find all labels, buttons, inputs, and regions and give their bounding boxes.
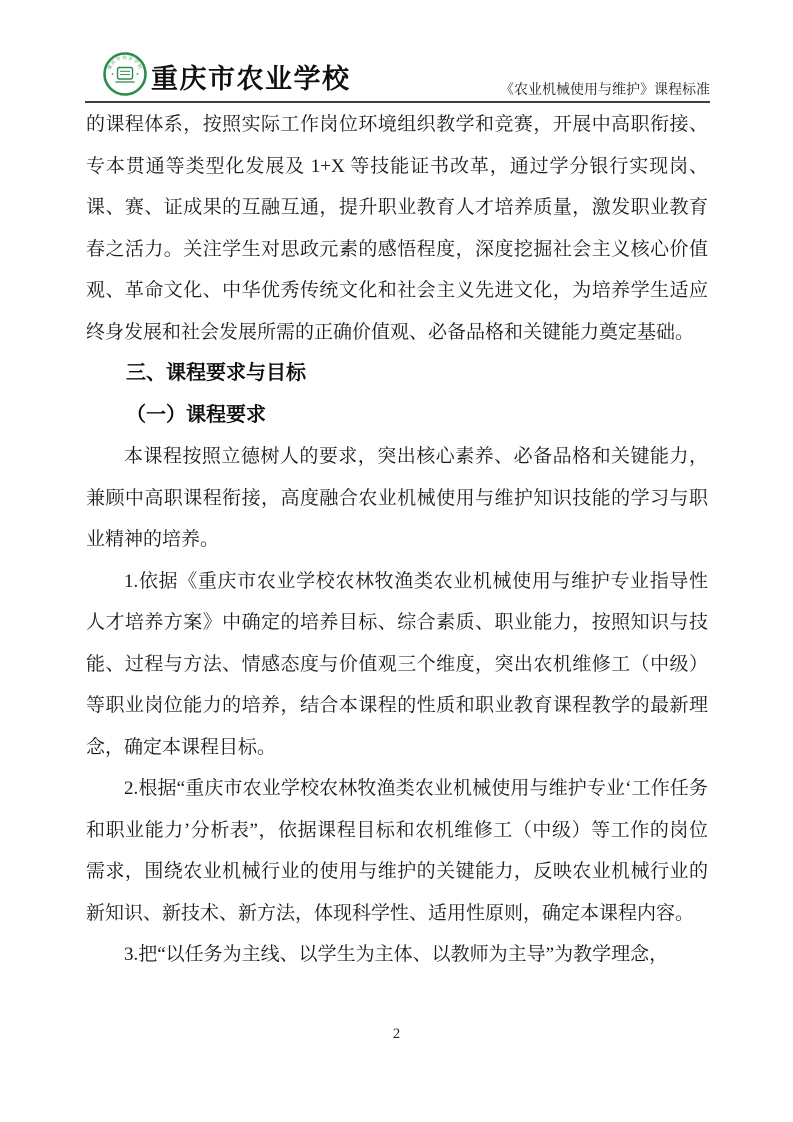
paragraph: 2.根据“重庆市农业学校农林牧渔类农业机械使用与维护专业‘工作任务和职业能力’分… (86, 768, 708, 934)
document-body: 的课程体系，按照实际工作岗位环境组织教学和竞赛，开展中高职衔接、专本贯通等类型化… (86, 104, 708, 976)
svg-text:重庆市农业学校: 重庆市农业学校 (106, 54, 145, 71)
section-heading: 三、课程要求与目标 (86, 353, 708, 395)
subsection-heading: （一）课程要求 (86, 395, 708, 437)
document-page: 重庆市农业学校 重庆市农业学校 《农业机械使用与维护》课程标准 的课程体系，按照… (0, 0, 793, 1122)
school-name: 重庆市农业学校 (151, 57, 351, 96)
school-seal-icon: 重庆市农业学校 (102, 51, 148, 97)
paragraph: 1.依据《重庆市农业学校农林牧渔类农业机械使用与维护专业指导性人才培养方案》中确… (86, 561, 708, 769)
document-type-title: 《农业机械使用与维护》课程标准 (500, 79, 710, 99)
paragraph-continuation: 的课程体系，按照实际工作岗位环境组织教学和竞赛，开展中高职衔接、专本贯通等类型化… (86, 104, 708, 353)
seal-arc-text: 重庆市农业学校 (106, 54, 145, 71)
page-header: 重庆市农业学校 重庆市农业学校 《农业机械使用与维护》课程标准 (85, 0, 710, 103)
page-number: 2 (0, 1026, 793, 1043)
paragraph: 本课程按照立德树人的要求，突出核心素养、必备品格和关键能力，兼顾中高职课程衔接，… (86, 436, 708, 561)
paragraph: 3.把“以任务为主线、以学生为主体、以教师为主导”为教学理念， (86, 934, 708, 976)
